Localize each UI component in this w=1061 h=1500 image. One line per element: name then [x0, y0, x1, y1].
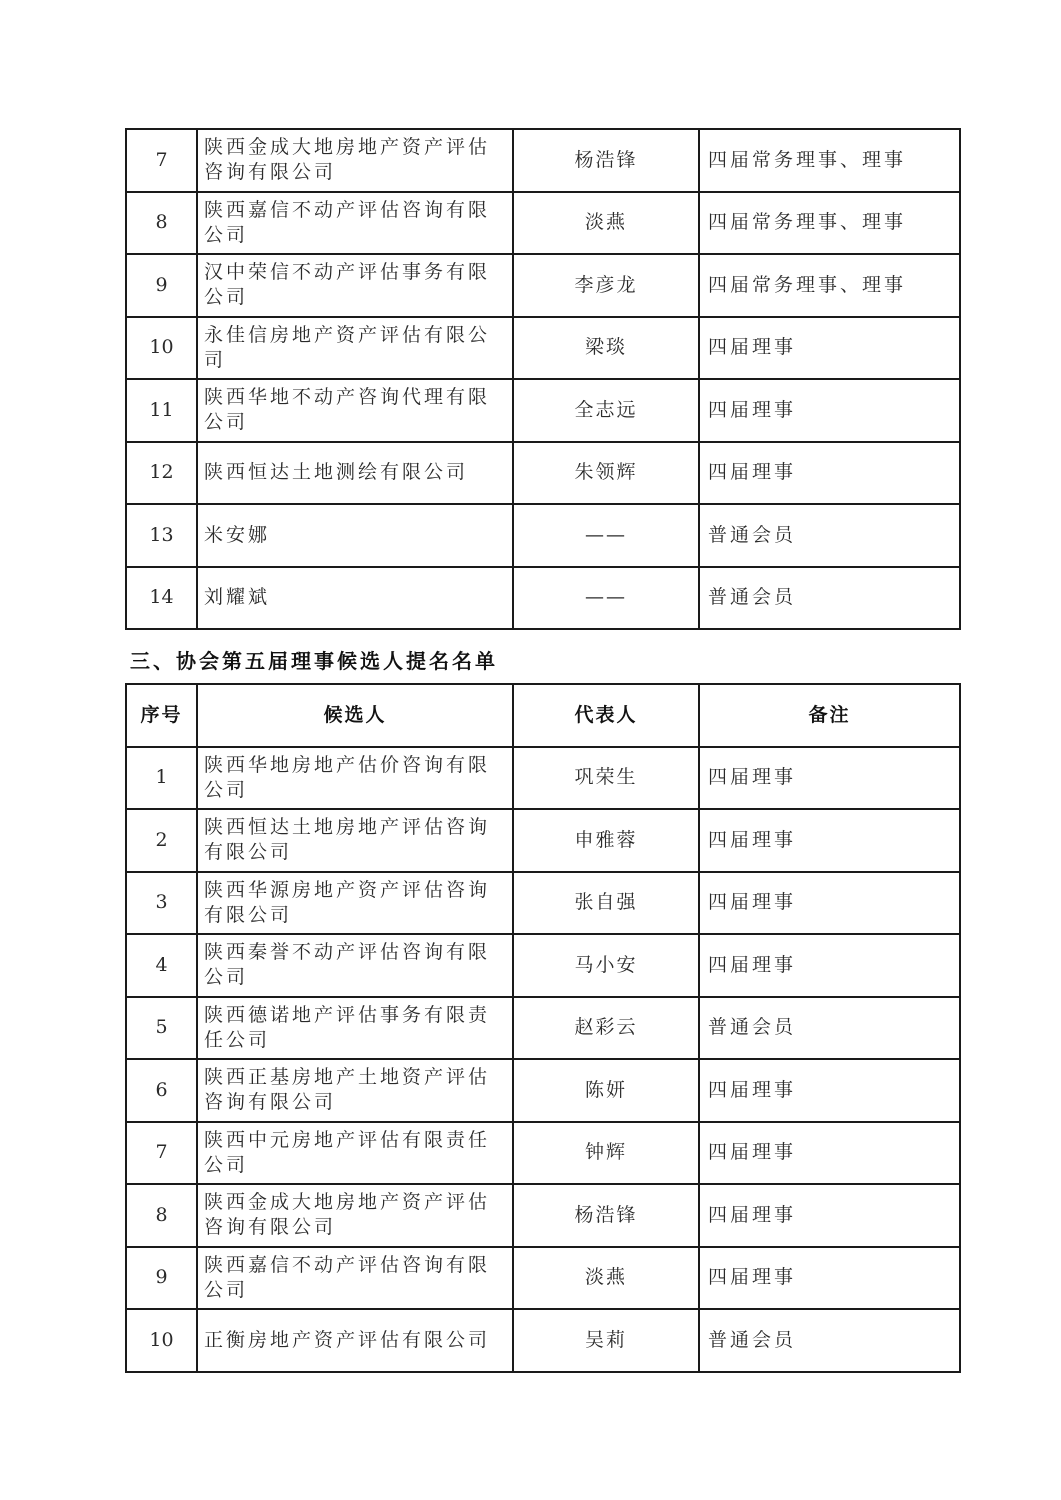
row-representative: ——: [513, 567, 699, 630]
table-row: 4陕西秦誉不动产评估咨询有限公司马小安四届理事: [126, 934, 960, 997]
row-number: 7: [126, 1122, 197, 1185]
table-row: 8陕西嘉信不动产评估咨询有限公司淡燕四届常务理事、理事: [126, 192, 960, 255]
row-number: 7: [126, 129, 197, 192]
row-name: 陕西恒达土地房地产评估咨询有限公司: [197, 809, 513, 872]
row-representative: 赵彩云: [513, 997, 699, 1060]
row-name: 陕西华地不动产咨询代理有限公司: [197, 379, 513, 442]
row-note: 四届理事: [699, 872, 960, 935]
table-row: 14刘耀斌——普通会员: [126, 567, 960, 630]
row-number: 11: [126, 379, 197, 442]
row-name: 陕西恒达土地测绘有限公司: [197, 442, 513, 505]
row-name: 永佳信房地产资产评估有限公司: [197, 317, 513, 380]
table-row: 2陕西恒达土地房地产评估咨询有限公司申雅蓉四届理事: [126, 809, 960, 872]
row-name: 陕西中元房地产评估有限责任公司: [197, 1122, 513, 1185]
row-name: 陕西金成大地房地产资产评估咨询有限公司: [197, 1184, 513, 1247]
continued-member-table: 7陕西金成大地房地产资产评估咨询有限公司杨浩锋四届常务理事、理事8陕西嘉信不动产…: [125, 128, 961, 630]
row-number: 4: [126, 934, 197, 997]
row-note: 普通会员: [699, 1309, 960, 1372]
row-representative: ——: [513, 504, 699, 567]
table-row: 13米安娜——普通会员: [126, 504, 960, 567]
row-representative: 陈妍: [513, 1059, 699, 1122]
row-representative: 吴莉: [513, 1309, 699, 1372]
row-name: 米安娜: [197, 504, 513, 567]
table-row: 9汉中荣信不动产评估事务有限公司李彦龙四届常务理事、理事: [126, 254, 960, 317]
row-name: 陕西嘉信不动产评估咨询有限公司: [197, 192, 513, 255]
row-number: 3: [126, 872, 197, 935]
row-name: 陕西嘉信不动产评估咨询有限公司: [197, 1247, 513, 1310]
row-note: 普通会员: [699, 567, 960, 630]
row-note: 四届理事: [699, 934, 960, 997]
table-row: 10正衡房地产资产评估有限公司吴莉普通会员: [126, 1309, 960, 1372]
table-row: 1陕西华地房地产估价咨询有限公司巩荣生四届理事: [126, 747, 960, 810]
row-number: 14: [126, 567, 197, 630]
table-row: 10永佳信房地产资产评估有限公司梁琰四届理事: [126, 317, 960, 380]
row-representative: 李彦龙: [513, 254, 699, 317]
row-name: 汉中荣信不动产评估事务有限公司: [197, 254, 513, 317]
row-note: 四届理事: [699, 1184, 960, 1247]
row-note: 四届理事: [699, 1247, 960, 1310]
row-note: 四届常务理事、理事: [699, 129, 960, 192]
table-row: 11陕西华地不动产咨询代理有限公司全志远四届理事: [126, 379, 960, 442]
row-number: 8: [126, 192, 197, 255]
row-number: 8: [126, 1184, 197, 1247]
row-representative: 淡燕: [513, 192, 699, 255]
row-note: 普通会员: [699, 997, 960, 1060]
row-number: 5: [126, 997, 197, 1060]
row-note: 四届常务理事、理事: [699, 192, 960, 255]
row-note: 四届常务理事、理事: [699, 254, 960, 317]
table-row: 5陕西德诺地产评估事务有限责任公司赵彩云普通会员: [126, 997, 960, 1060]
row-representative: 梁琰: [513, 317, 699, 380]
table-row: 7陕西金成大地房地产资产评估咨询有限公司杨浩锋四届常务理事、理事: [126, 129, 960, 192]
row-name: 陕西金成大地房地产资产评估咨询有限公司: [197, 129, 513, 192]
row-representative: 全志远: [513, 379, 699, 442]
row-representative: 巩荣生: [513, 747, 699, 810]
table-row: 6陕西正基房地产土地资产评估咨询有限公司陈妍四届理事: [126, 1059, 960, 1122]
continued-member-table-body: 7陕西金成大地房地产资产评估咨询有限公司杨浩锋四届常务理事、理事8陕西嘉信不动产…: [126, 129, 960, 629]
row-representative: 马小安: [513, 934, 699, 997]
row-representative: 钟辉: [513, 1122, 699, 1185]
table-row: 7陕西中元房地产评估有限责任公司钟辉四届理事: [126, 1122, 960, 1185]
row-note: 四届理事: [699, 442, 960, 505]
table-row: 3陕西华源房地产资产评估咨询有限公司张自强四届理事: [126, 872, 960, 935]
row-representative: 申雅蓉: [513, 809, 699, 872]
row-note: 四届理事: [699, 317, 960, 380]
header-representative: 代表人: [513, 684, 699, 747]
table-header-row: 序号 候选人 代表人 备注: [126, 684, 960, 747]
row-note: 四届理事: [699, 747, 960, 810]
header-no: 序号: [126, 684, 197, 747]
row-number: 1: [126, 747, 197, 810]
row-name: 陕西华源房地产资产评估咨询有限公司: [197, 872, 513, 935]
row-name: 正衡房地产资产评估有限公司: [197, 1309, 513, 1372]
section-heading: 三、协会第五届理事候选人提名名单: [130, 645, 498, 674]
candidate-table-body: 1陕西华地房地产估价咨询有限公司巩荣生四届理事2陕西恒达土地房地产评估咨询有限公…: [126, 747, 960, 1372]
row-representative: 张自强: [513, 872, 699, 935]
row-representative: 淡燕: [513, 1247, 699, 1310]
row-name: 刘耀斌: [197, 567, 513, 630]
row-note: 四届理事: [699, 809, 960, 872]
table-row: 8陕西金成大地房地产资产评估咨询有限公司杨浩锋四届理事: [126, 1184, 960, 1247]
row-number: 6: [126, 1059, 197, 1122]
table-row: 9陕西嘉信不动产评估咨询有限公司淡燕四届理事: [126, 1247, 960, 1310]
row-note: 四届理事: [699, 1122, 960, 1185]
row-name: 陕西秦誉不动产评估咨询有限公司: [197, 934, 513, 997]
row-number: 9: [126, 254, 197, 317]
row-name: 陕西德诺地产评估事务有限责任公司: [197, 997, 513, 1060]
row-number: 2: [126, 809, 197, 872]
table-row: 12陕西恒达土地测绘有限公司朱领辉四届理事: [126, 442, 960, 505]
row-number: 10: [126, 317, 197, 380]
row-representative: 杨浩锋: [513, 129, 699, 192]
row-note: 四届理事: [699, 1059, 960, 1122]
row-number: 10: [126, 1309, 197, 1372]
header-note: 备注: [699, 684, 960, 747]
row-note: 四届理事: [699, 379, 960, 442]
row-number: 9: [126, 1247, 197, 1310]
row-name: 陕西正基房地产土地资产评估咨询有限公司: [197, 1059, 513, 1122]
row-note: 普通会员: [699, 504, 960, 567]
row-representative: 朱领辉: [513, 442, 699, 505]
row-number: 12: [126, 442, 197, 505]
row-name: 陕西华地房地产估价咨询有限公司: [197, 747, 513, 810]
row-representative: 杨浩锋: [513, 1184, 699, 1247]
row-number: 13: [126, 504, 197, 567]
header-candidate: 候选人: [197, 684, 513, 747]
candidate-table: 序号 候选人 代表人 备注 1陕西华地房地产估价咨询有限公司巩荣生四届理事2陕西…: [125, 683, 961, 1373]
